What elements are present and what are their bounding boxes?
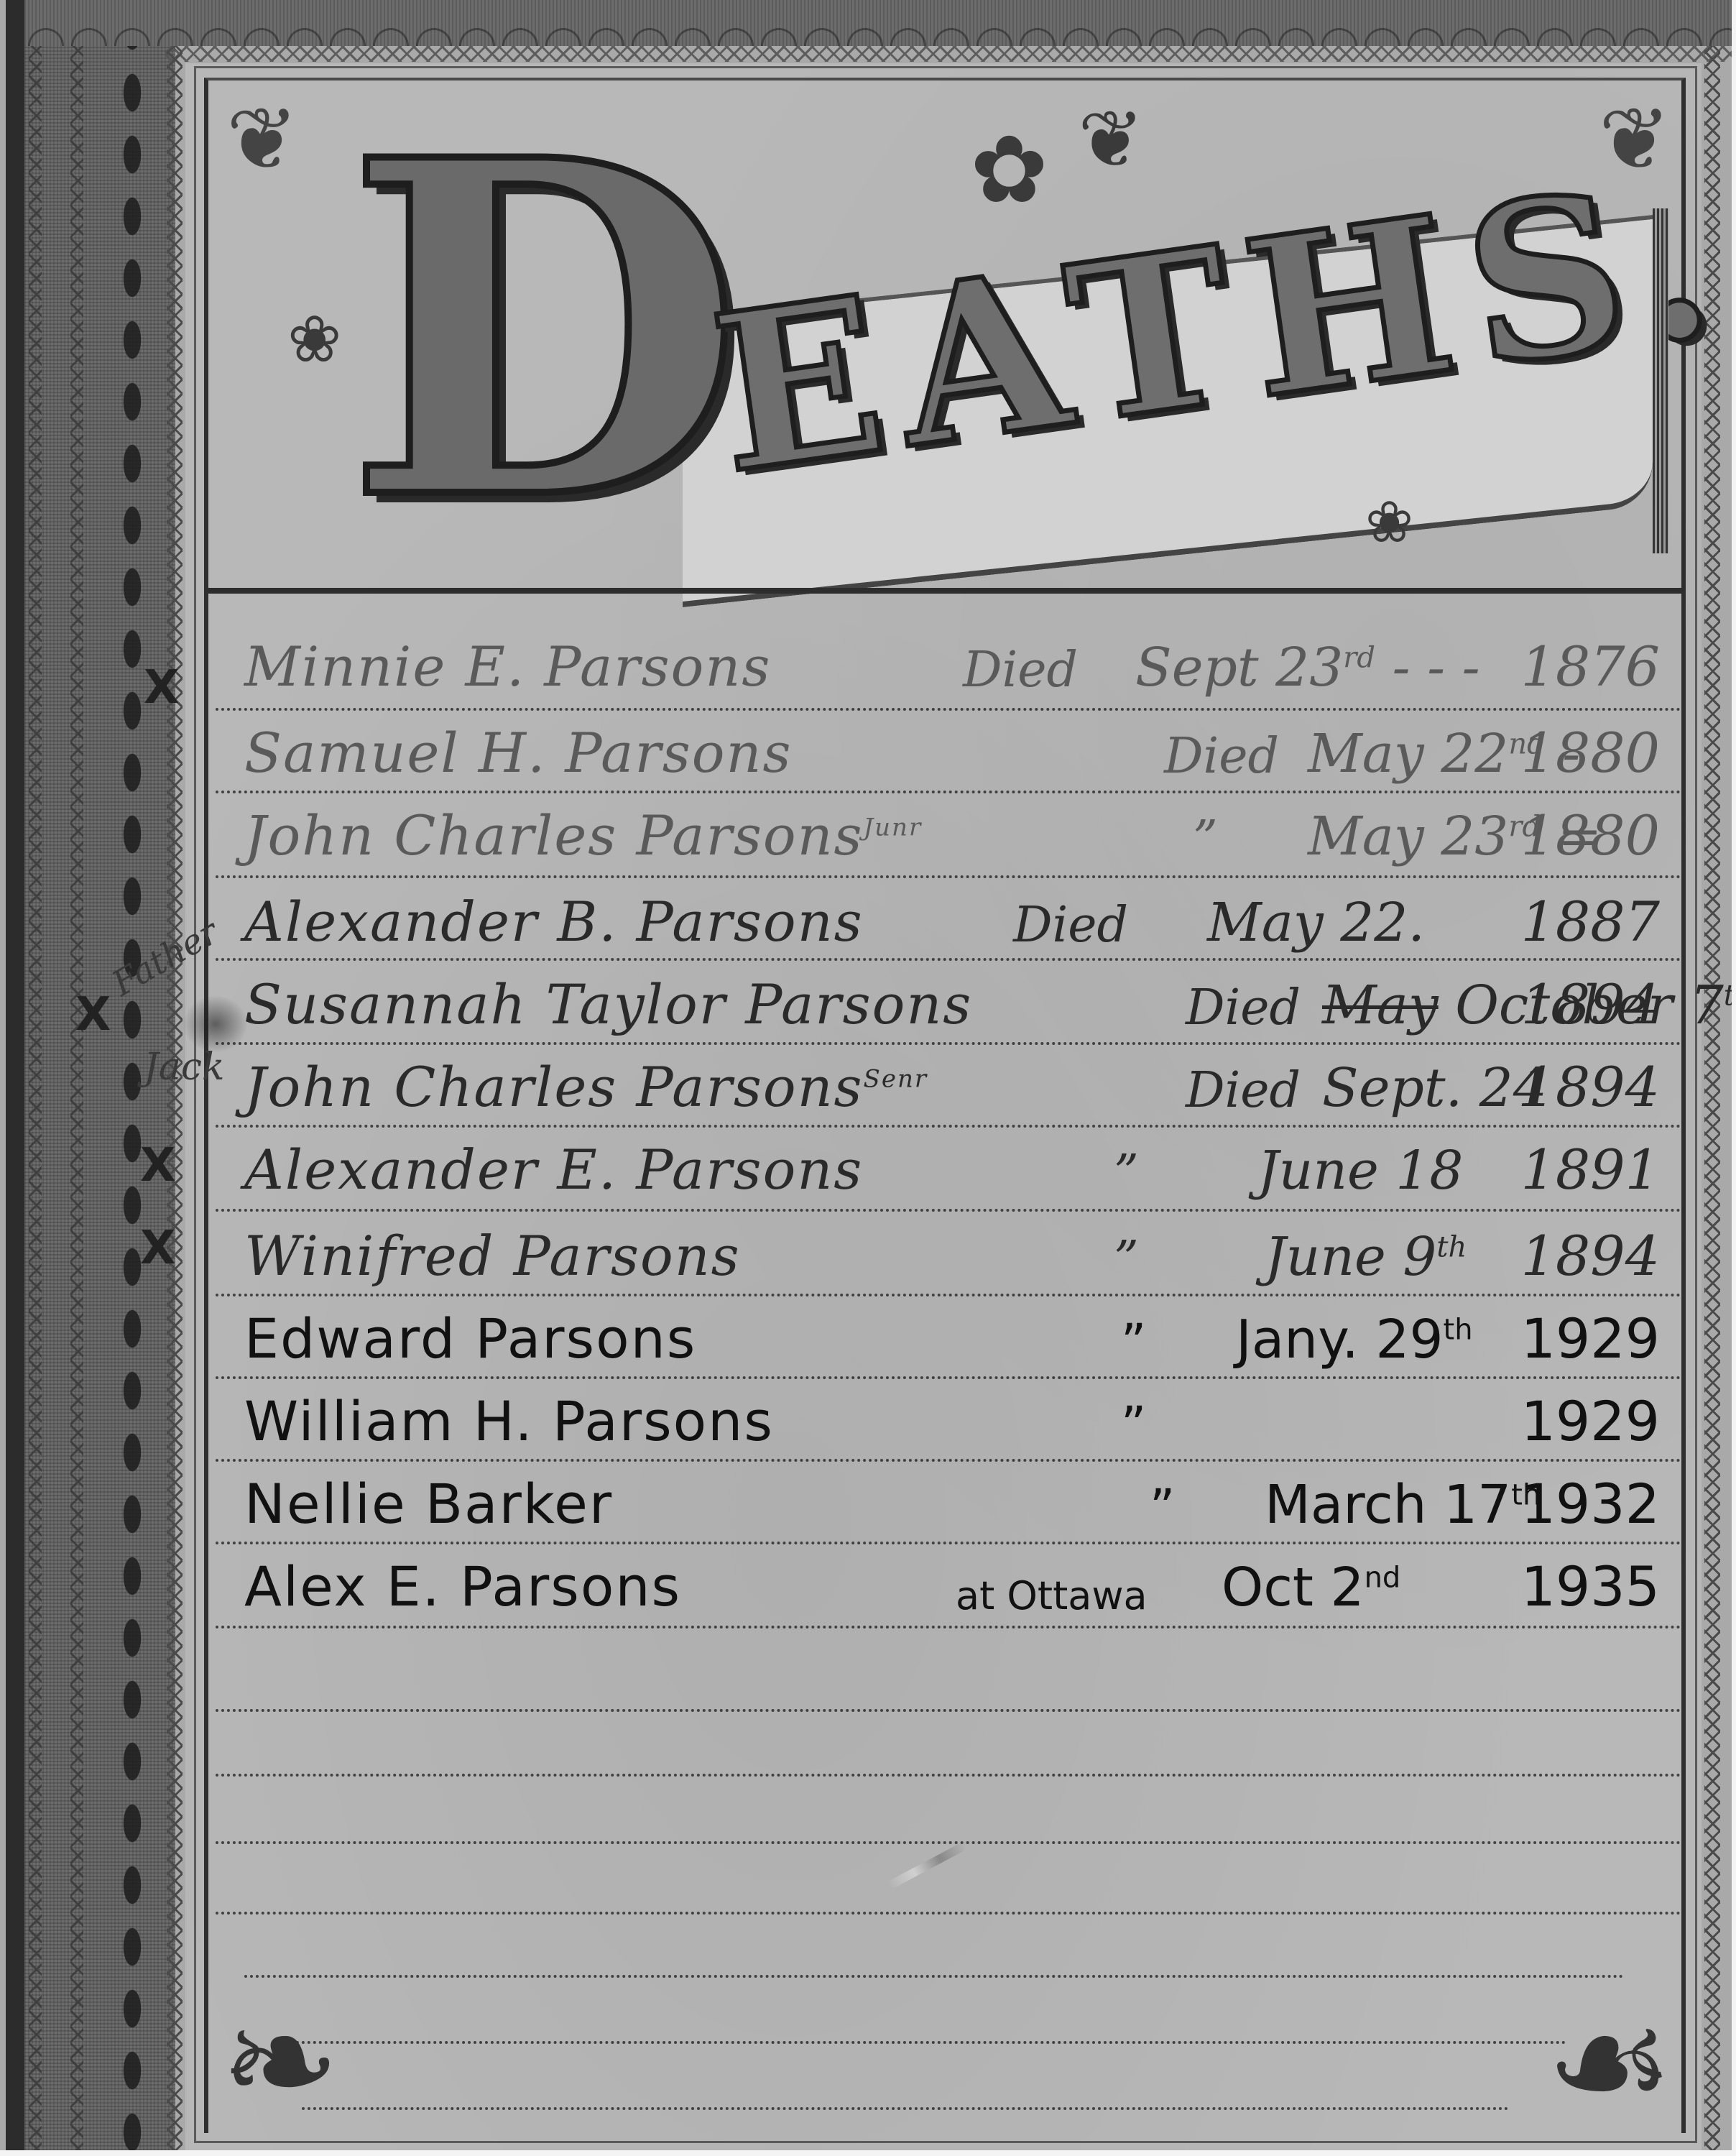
ruled-line <box>216 1774 1681 1777</box>
list-item: Winifred Parsons ” June 9th 1894 <box>230 1215 1674 1294</box>
ruled-line <box>302 2107 1509 2110</box>
book-spine-edge <box>6 0 24 2150</box>
ruled-line <box>216 1542 1681 1544</box>
entry-verb: Died <box>1013 897 1128 954</box>
entry-verb: ” <box>1150 1479 1175 1536</box>
list-item: William H. Parsons ” 1929 <box>230 1380 1674 1459</box>
ruled-line <box>216 1376 1681 1379</box>
entry-year: 1894 <box>1521 1055 1660 1119</box>
ruled-line <box>216 1294 1681 1296</box>
margin-x-mark: X <box>144 661 179 714</box>
entry-name: Samuel H. Parsons <box>244 721 793 785</box>
list-item: Alexander E. Parsons ” June 18 1891 <box>230 1128 1674 1207</box>
entry-verb: Died <box>1186 980 1301 1036</box>
list-item: Nellie Barker ” March 17th 1932 <box>230 1462 1674 1542</box>
margin-note: Jack <box>144 1046 224 1089</box>
border-zigzag <box>29 0 42 2150</box>
list-item: Alex E. Parsons at Ottawa Oct 2nd 1935 <box>230 1545 1674 1624</box>
entry-date: Jany. 29th <box>1236 1309 1473 1370</box>
entry-year: 1880 <box>1521 803 1660 867</box>
entry-date: May 22. <box>1207 892 1425 954</box>
engraved-top-border <box>24 0 1732 46</box>
ruled-line <box>244 1975 1624 1978</box>
entry-year: 1929 <box>1521 1389 1660 1453</box>
entry-date: March 17th <box>1265 1474 1541 1536</box>
vine-icon: ❀ <box>1365 489 1413 556</box>
list-item: Edward Parsons ” Jany. 29th 1929 <box>230 1297 1674 1376</box>
entry-year: 1935 <box>1521 1554 1660 1618</box>
entry-year: 1876 <box>1521 635 1660 699</box>
ruled-line <box>216 1841 1681 1844</box>
title-initial-letter: D <box>345 101 744 561</box>
entry-date: June 9th <box>1265 1226 1467 1288</box>
entry-year: 1932 <box>1521 1472 1660 1536</box>
list-item: Minnie E. Parsons Died Sept 23rd - - - 1… <box>230 625 1674 704</box>
list-item: Alexander B. Parsons Died May 22. 1887 <box>230 880 1674 959</box>
margin-x-mark: X <box>75 988 111 1041</box>
ruled-line <box>216 1912 1681 1915</box>
entry-name: Alex E. Parsons <box>244 1554 681 1618</box>
entry-year: 1929 <box>1521 1307 1660 1370</box>
entry-name: Alexander E. Parsons <box>244 1138 863 1202</box>
entry-verb: Died <box>963 642 1078 699</box>
banner-post <box>1653 208 1668 553</box>
ruled-line <box>216 1209 1681 1212</box>
entry-year: 1894 <box>1521 1224 1660 1288</box>
list-item: Samuel H. Parsons Died May 22nd - 1880 <box>230 711 1674 791</box>
top-zigzag-trim <box>165 46 1732 62</box>
entry-verb: ” <box>1121 1314 1146 1370</box>
entry-name: Alexander B. Parsons <box>244 890 864 954</box>
ruled-line <box>216 1709 1681 1712</box>
ruled-line <box>216 1042 1681 1045</box>
ruled-line <box>216 1125 1681 1128</box>
page-header: D EATHS. ✿ ❦ ❀ ❀ <box>216 86 1681 589</box>
border-zigzag <box>70 0 83 2150</box>
border-diamond-pattern <box>118 0 147 2150</box>
list-item: John Charles ParsonsJunr ” May 23rd = 18… <box>230 794 1674 873</box>
ruled-line <box>216 1626 1681 1628</box>
entry-name: Minnie E. Parsons <box>244 635 771 699</box>
entry-year: 1880 <box>1521 721 1660 785</box>
entry-name: William H. Parsons <box>244 1389 774 1453</box>
entry-verb: Died <box>1186 1062 1301 1119</box>
entry-name: John Charles ParsonsJunr <box>244 803 922 867</box>
header-divider <box>208 588 1683 594</box>
margin-x-mark: X <box>140 1222 175 1275</box>
struck-month: May <box>1322 975 1439 1036</box>
register-page-photo: ❦ ❦ D EATHS. ✿ ❦ ❀ ❀ Minnie E. Parsons D… <box>0 0 1732 2150</box>
entry-verb: ” <box>1114 1145 1139 1202</box>
entry-name: Nellie Barker <box>244 1472 613 1536</box>
ruled-line <box>216 875 1681 878</box>
entry-name: Susannah Taylor Parsons <box>244 972 972 1036</box>
entry-verb: ” <box>1121 1396 1146 1453</box>
leaf-icon: ❦ <box>1078 93 1144 185</box>
entry-year: 1894 <box>1521 972 1660 1036</box>
vine-icon: ❀ <box>287 302 341 377</box>
rose-icon: ✿ <box>970 115 1048 224</box>
entry-verb: ” <box>1193 811 1218 867</box>
entry-date: Oct 2nd <box>1222 1557 1400 1618</box>
margin-x-mark: X <box>140 1139 175 1192</box>
corner-ornament-icon: ☙ <box>1523 1976 1696 2149</box>
entry-verb: Died <box>1164 728 1279 785</box>
entry-name: Edward Parsons <box>244 1307 696 1370</box>
entry-year: 1891 <box>1521 1138 1660 1202</box>
entry-date: Sept 23rd - - - <box>1135 637 1480 699</box>
list-item: Susannah Taylor Parsons Died May October… <box>230 963 1674 1042</box>
ruled-line <box>216 791 1681 793</box>
ruled-line <box>273 2041 1566 2044</box>
entry-name: Winifred Parsons <box>244 1224 741 1288</box>
corner-ornament-icon: ❧ <box>194 1976 366 2149</box>
entry-date: Sept. 24 <box>1322 1057 1547 1119</box>
entry-date: June 18 <box>1257 1140 1463 1202</box>
left-zigzag-trim <box>167 46 183 2150</box>
entry-year: 1887 <box>1521 890 1660 954</box>
list-item: John Charles ParsonsSenr Died Sept. 24 1… <box>230 1046 1674 1125</box>
ruled-line <box>216 1459 1681 1462</box>
entry-location: at Ottawa <box>956 1573 1148 1618</box>
ruled-line <box>216 708 1681 711</box>
entry-verb: ” <box>1114 1231 1139 1288</box>
entry-name: John Charles ParsonsSenr <box>244 1055 928 1119</box>
